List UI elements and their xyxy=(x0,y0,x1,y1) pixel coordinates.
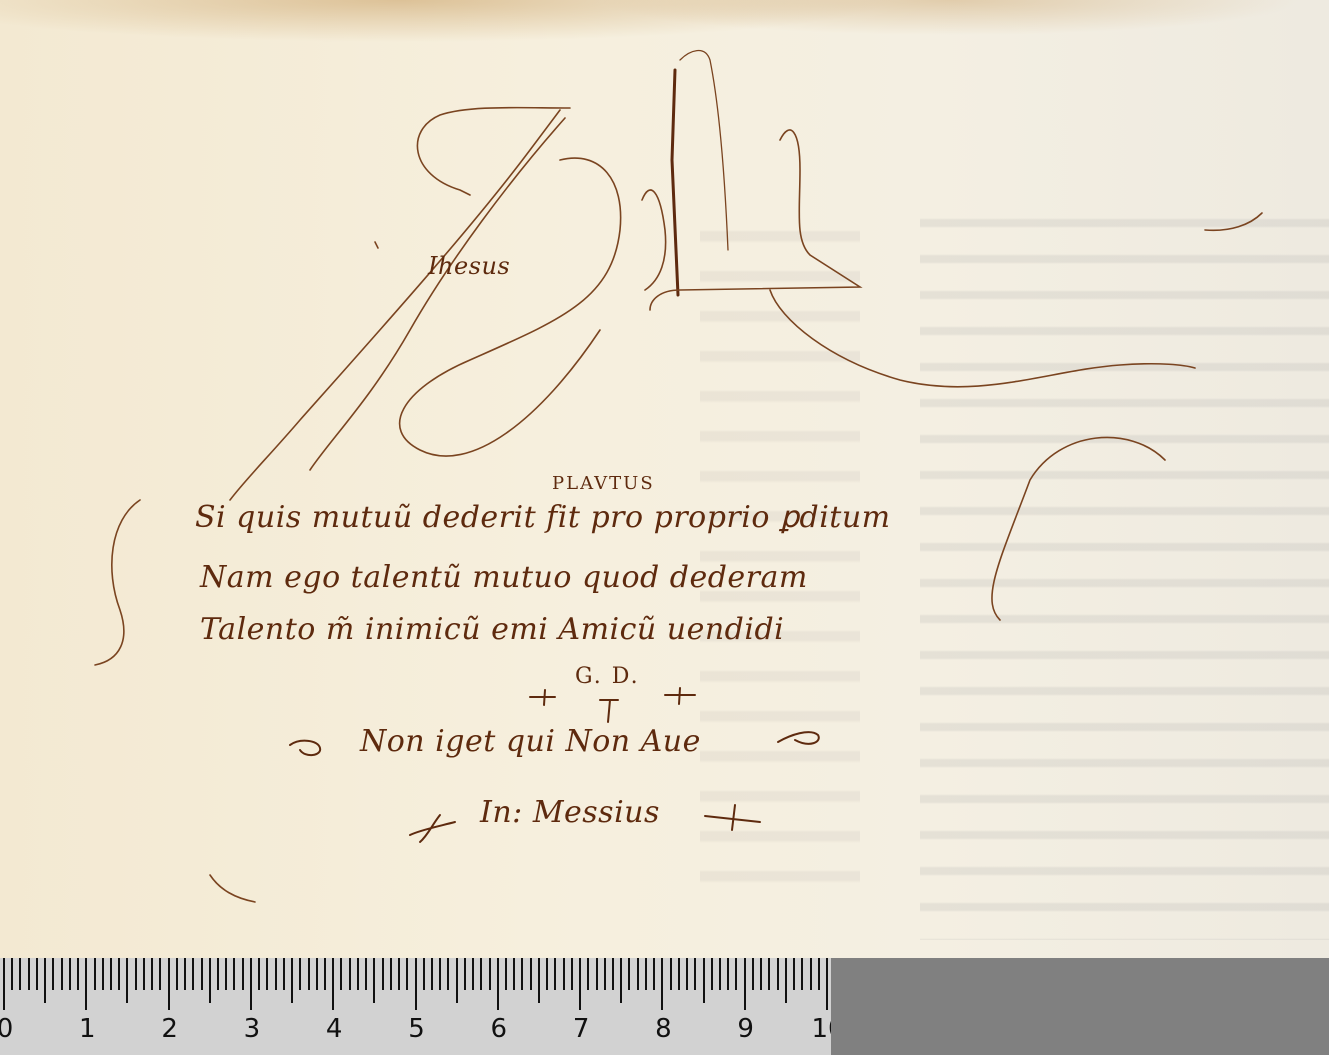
ruler-tick xyxy=(233,958,235,990)
ruler-tick xyxy=(711,958,713,990)
ruler-tick xyxy=(151,958,153,990)
ruler-tick xyxy=(266,958,268,990)
ruler-tick xyxy=(242,958,244,990)
ruler-tick xyxy=(563,958,565,990)
ruler-tick xyxy=(546,958,548,990)
ruler-tick xyxy=(777,958,779,990)
ruler-tick xyxy=(810,958,812,990)
ruler-tick xyxy=(744,958,746,1010)
ruler-tick xyxy=(398,958,400,990)
ruler-tick xyxy=(801,958,803,990)
ruler-tick xyxy=(431,958,433,990)
ruler-tick xyxy=(678,958,680,990)
ruler-tick xyxy=(489,958,491,990)
ruler-label: 3 xyxy=(244,1014,261,1044)
ruler-tick xyxy=(184,958,186,990)
ruler-tick xyxy=(670,958,672,990)
ruler-tick xyxy=(703,958,705,1003)
ruler-tick xyxy=(480,958,482,990)
ruler-tick xyxy=(340,958,342,990)
ruler-label: 8 xyxy=(655,1014,672,1044)
ruler-tick xyxy=(785,958,787,1003)
ruler-tick xyxy=(324,958,326,990)
ruler-tick xyxy=(752,958,754,990)
ruler-tick xyxy=(415,958,417,1010)
ruler-tick xyxy=(176,958,178,990)
ruler-tick xyxy=(406,958,408,990)
ruler-tick xyxy=(201,958,203,990)
ruler-tick xyxy=(456,958,458,1003)
ruler-tick xyxy=(826,958,828,1010)
ruler-tick xyxy=(365,958,367,990)
ruler-tick xyxy=(719,958,721,990)
ruler-tick xyxy=(168,958,170,1010)
ruler-tick xyxy=(472,958,474,990)
ruler-tick xyxy=(768,958,770,990)
ruler-tick xyxy=(44,958,46,1003)
ruler-label: 4 xyxy=(326,1014,343,1044)
ruler-label: 7 xyxy=(573,1014,590,1044)
ruler-tick xyxy=(143,958,145,990)
ruler-tick xyxy=(661,958,663,1010)
ruler-tick xyxy=(349,958,351,990)
ruler-tick xyxy=(694,958,696,990)
ruler-tick xyxy=(69,958,71,990)
ruler-tick xyxy=(85,958,87,1010)
ruler-tick xyxy=(110,958,112,990)
ruler-tick xyxy=(250,958,252,1010)
ruler-tick xyxy=(521,958,523,990)
ruler-tick xyxy=(587,958,589,990)
ruler-label: 5 xyxy=(408,1014,425,1044)
ruler-label: 1 xyxy=(79,1014,96,1044)
ruler-label: 6 xyxy=(491,1014,508,1044)
ruler-label: 9 xyxy=(737,1014,754,1044)
ruler-tick xyxy=(11,958,13,990)
ruler-tick xyxy=(28,958,30,990)
ruler-tick xyxy=(760,958,762,990)
ruler-tick xyxy=(283,958,285,990)
decorative-crosses xyxy=(0,0,1329,958)
ruler-tick xyxy=(192,958,194,990)
ruler-tick xyxy=(373,958,375,1003)
ruler-tick xyxy=(357,958,359,990)
ruler-tick xyxy=(19,958,21,990)
ruler-tick xyxy=(620,958,622,1003)
ruler-tick xyxy=(209,958,211,1003)
ruler-tick xyxy=(604,958,606,990)
ruler-tick xyxy=(61,958,63,990)
ruler-tick xyxy=(135,958,137,990)
measurement-ruler: 012345678910 xyxy=(0,958,831,1055)
ruler-label: 0 xyxy=(0,1014,13,1044)
ruler-tick xyxy=(447,958,449,990)
ruler-tick xyxy=(126,958,128,1003)
ruler-tick xyxy=(225,958,227,990)
ruler-tick xyxy=(382,958,384,990)
ruler-tick xyxy=(645,958,647,990)
ruler-tick xyxy=(530,958,532,990)
ruler-tick xyxy=(118,958,120,990)
ruler-tick xyxy=(505,958,507,990)
ruler-tick xyxy=(637,958,639,990)
ruler-tick xyxy=(316,958,318,990)
ruler-tick xyxy=(390,958,392,990)
ruler-tick xyxy=(727,958,729,990)
ruler-tick xyxy=(94,958,96,990)
manuscript-page: Ihesus PLAVTUS Si quis mutuũ dederit fit… xyxy=(0,0,1329,958)
ruler-tick xyxy=(299,958,301,990)
ruler-tick xyxy=(275,958,277,990)
ruler-tick xyxy=(291,958,293,1003)
ruler-tick xyxy=(159,958,161,990)
ruler-tick xyxy=(818,958,820,990)
ruler-tick xyxy=(571,958,573,990)
ruler-tick xyxy=(735,958,737,990)
ruler-tick xyxy=(36,958,38,990)
ruler-label: 10 xyxy=(811,1014,831,1044)
ruler-tick xyxy=(439,958,441,990)
ruler-tick xyxy=(52,958,54,990)
ruler-tick xyxy=(77,958,79,990)
ruler-tick xyxy=(464,958,466,990)
ruler-tick xyxy=(423,958,425,990)
ruler-tick xyxy=(579,958,581,1010)
ruler-tick xyxy=(3,958,5,1010)
ruler-tick xyxy=(258,958,260,990)
ruler-tick xyxy=(513,958,515,990)
ruler-tick xyxy=(497,958,499,1010)
ruler-tick xyxy=(596,958,598,990)
ruler-tick xyxy=(538,958,540,1003)
ruler-label: 2 xyxy=(161,1014,178,1044)
ruler-tick xyxy=(628,958,630,990)
ruler-tick xyxy=(793,958,795,990)
ruler-tick xyxy=(653,958,655,990)
ruler-tick xyxy=(308,958,310,990)
ruler-tick xyxy=(102,958,104,990)
ruler-tick xyxy=(554,958,556,990)
ruler-tick xyxy=(332,958,334,1010)
ruler-tick xyxy=(612,958,614,990)
ruler-tick xyxy=(217,958,219,990)
ruler-tick xyxy=(686,958,688,990)
